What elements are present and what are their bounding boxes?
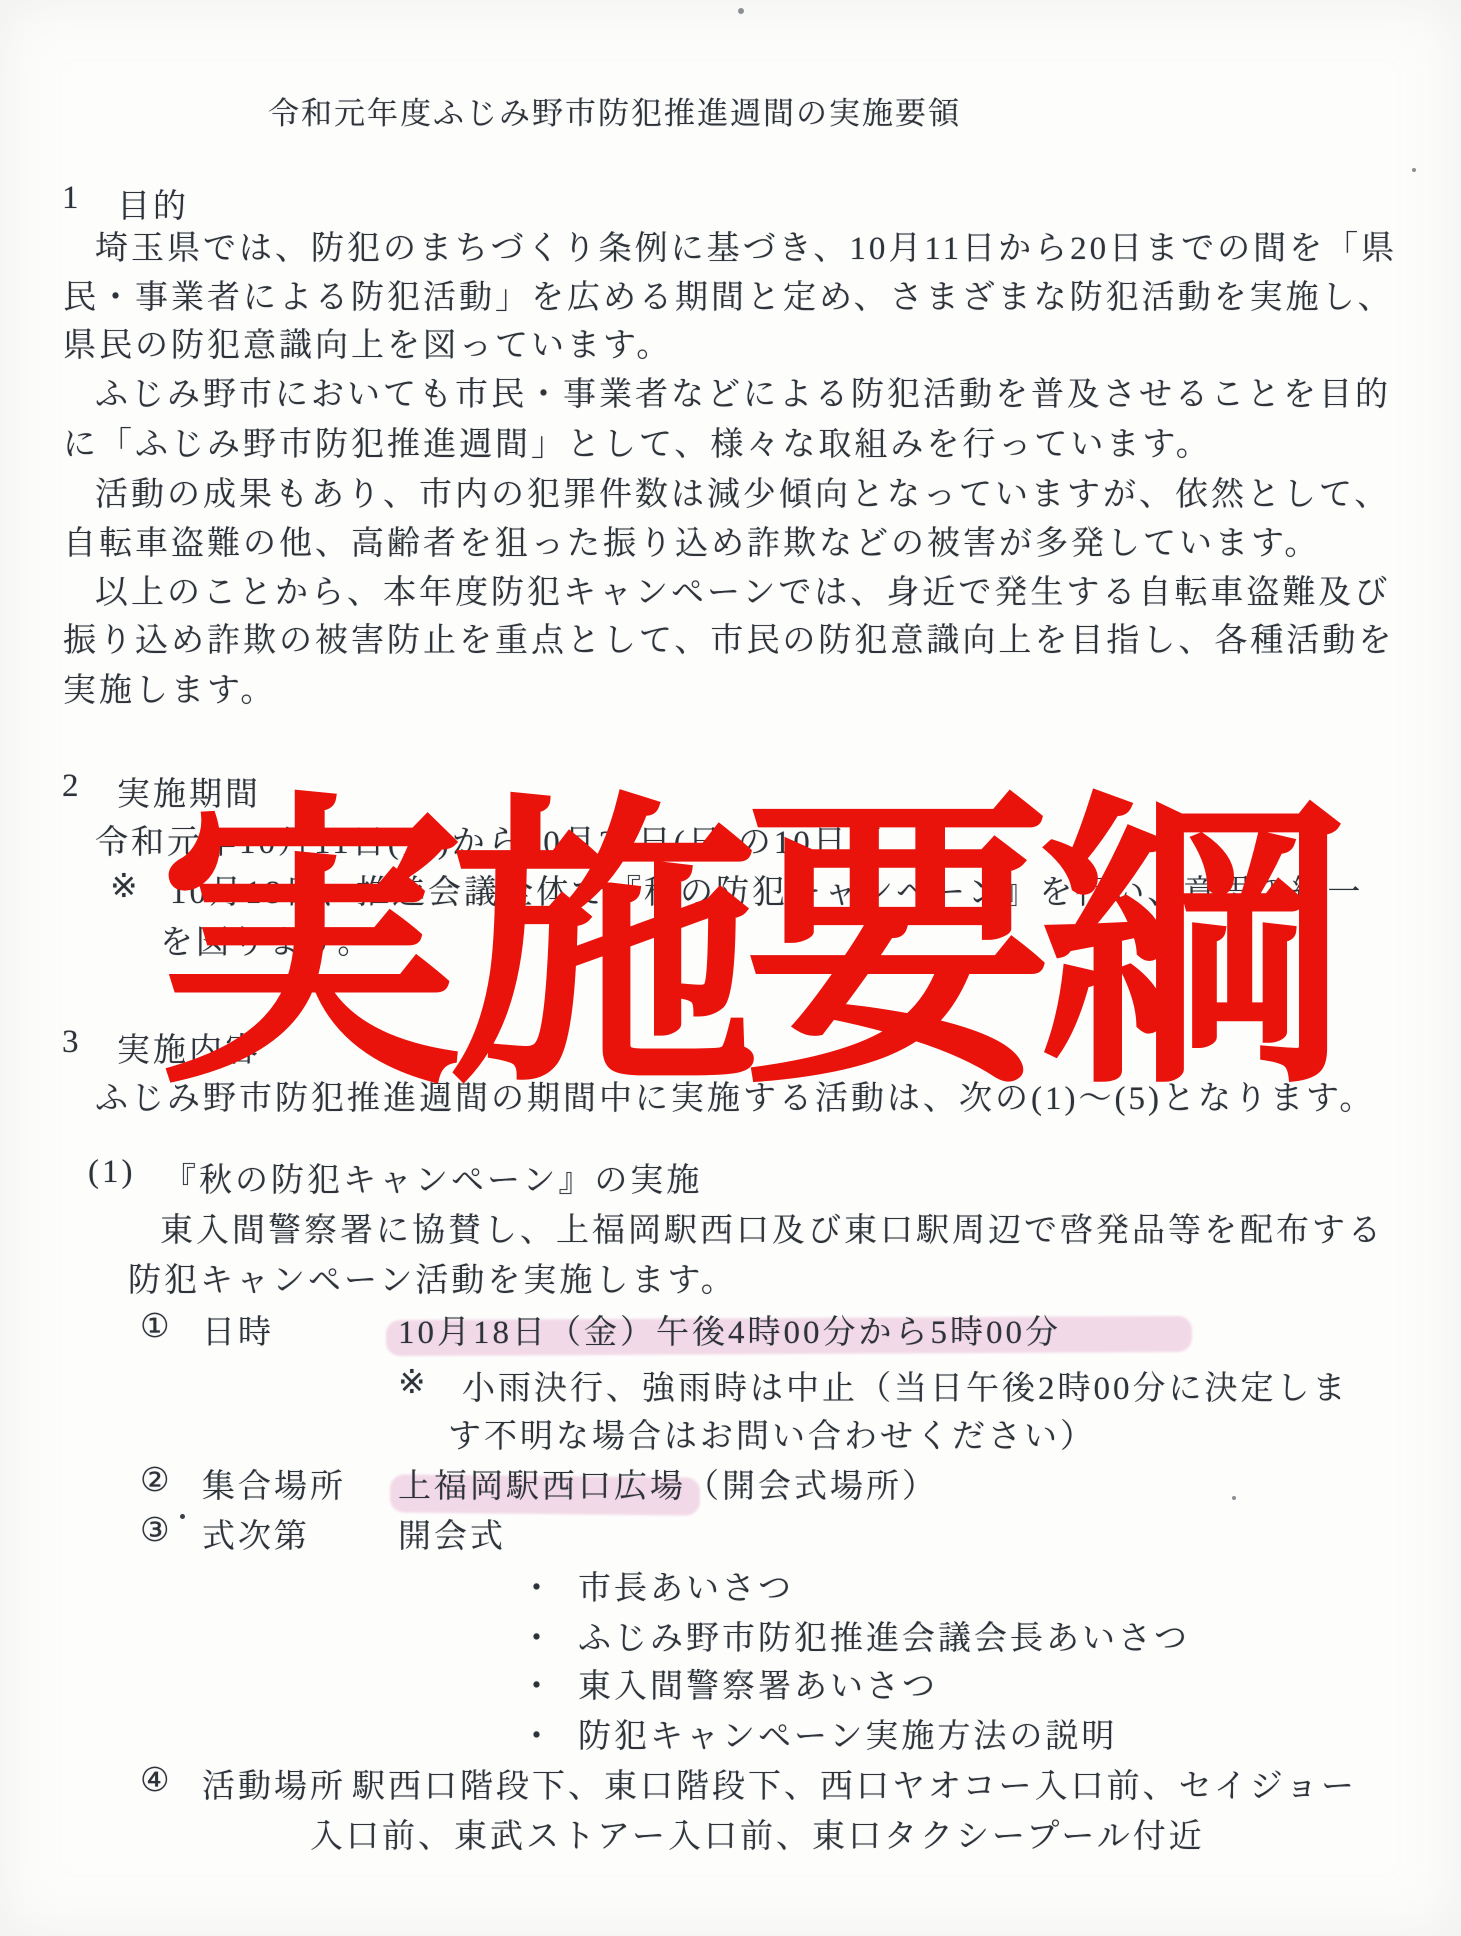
sub4-label: 活動場所 (202, 1760, 346, 1807)
sub3-label: 式次第 (202, 1510, 310, 1557)
body-line: 県民の防犯意識向上を図っています。 (63, 319, 672, 366)
bullet-dot: ・ (520, 1660, 556, 1707)
bullet-dot: ・ (520, 1612, 556, 1659)
body-line: 自転車盗難の他、高齢者を狙った振り込め詐欺などの被害が多発しています。 (63, 517, 1320, 564)
item1-intro-line: 東入間警察署に協賛し、上福岡駅西口及び東口駅周辺で啓発品等を配布する (160, 1204, 1384, 1251)
note-marker: ※ (110, 866, 141, 906)
item1-heading: 『秋の防犯キャンペーン』の実施 (163, 1154, 702, 1201)
ink-dot (180, 1514, 185, 1519)
bullet-dot: ・ (520, 1562, 556, 1609)
sub1-note-line: 小雨決行、強雨時は中止（当日午後2時00分に決定しま (462, 1362, 1349, 1409)
bullet-dot: ・ (520, 1710, 556, 1757)
document-title: 令和元年度ふじみ野市防犯推進週間の実施要領 (268, 88, 961, 133)
sub1-marker: ① (140, 1306, 173, 1346)
section3-number: 3 (62, 1024, 82, 1061)
scan-speck (738, 8, 744, 14)
red-stamp-watermark: 実施要綱 (156, 793, 1332, 1101)
bullet-item: 市長あいさつ (578, 1562, 794, 1609)
sub1-note-line: す不明な場合はお問い合わせください） (448, 1410, 1096, 1457)
scanned-document-page: 令和元年度ふじみ野市防犯推進週間の実施要領 1 目的 埼玉県では、防犯のまちづく… (0, 0, 1461, 1936)
sub3-value: 開会式 (398, 1510, 506, 1557)
body-line: 実施します。 (63, 664, 276, 711)
body-line: 活動の成果もあり、市内の犯罪件数は減少傾向となっていますが、依然として、 (95, 468, 1390, 515)
sub2-value: 上福岡駅西口広場（開会式場所） (398, 1460, 938, 1507)
sub1-label: 日時 (202, 1306, 274, 1353)
bullet-item: ふじみ野市防犯推進会議会長あいさつ (578, 1612, 1190, 1659)
sub1-value: 10月18日（金）午後4時00分から5時00分 (398, 1306, 1061, 1353)
sub4-marker: ④ (140, 1760, 173, 1800)
sub1-note-marker: ※ (398, 1362, 429, 1402)
body-line: 民・事業者による防犯活動」を広める期間と定め、さまざまな防犯活動を実施し、 (63, 271, 1394, 318)
sub4-value-line: 入口前、東武ストアー入口前、東口タクシープール付近 (310, 1810, 1205, 1857)
item1-label: (1) (88, 1154, 135, 1191)
section1-number: 1 (62, 180, 82, 217)
section1-heading: 目的 (117, 180, 189, 227)
body-line: 以上のことから、本年度防犯キャンペーンでは、身近で発生する自転車盗難及び (95, 566, 1390, 613)
section2-number: 2 (62, 768, 82, 805)
sub2-marker: ② (140, 1460, 173, 1500)
body-line: 振り込め詐欺の被害防止を重点として、市民の防犯意識向上を目指し、各種活動を (63, 614, 1394, 661)
bullet-item: 防犯キャンペーン実施方法の説明 (578, 1710, 1117, 1757)
body-line: 埼玉県では、防犯のまちづくり条例に基づき、10月11日から20日までの間を「県 (95, 222, 1397, 269)
scan-speck (1232, 1496, 1236, 1500)
sub3-marker: ③ (140, 1510, 173, 1550)
body-line: に「ふじみ野市防犯推進週間」として、様々な取組みを行っています。 (63, 418, 1212, 465)
item1-intro-line: 防犯キャンペーン活動を実施します。 (128, 1254, 737, 1301)
body-line: ふじみ野市においても市民・事業者などによる防犯活動を普及させることを目的 (95, 368, 1391, 415)
bullet-item: 東入間警察署あいさつ (578, 1660, 938, 1707)
sub4-value-line: 駅西口階段下、東口階段下、西口ヤオコー入口前、セイジョー (352, 1760, 1357, 1807)
scan-speck (1412, 168, 1416, 172)
sub2-label: 集合場所 (202, 1460, 346, 1507)
